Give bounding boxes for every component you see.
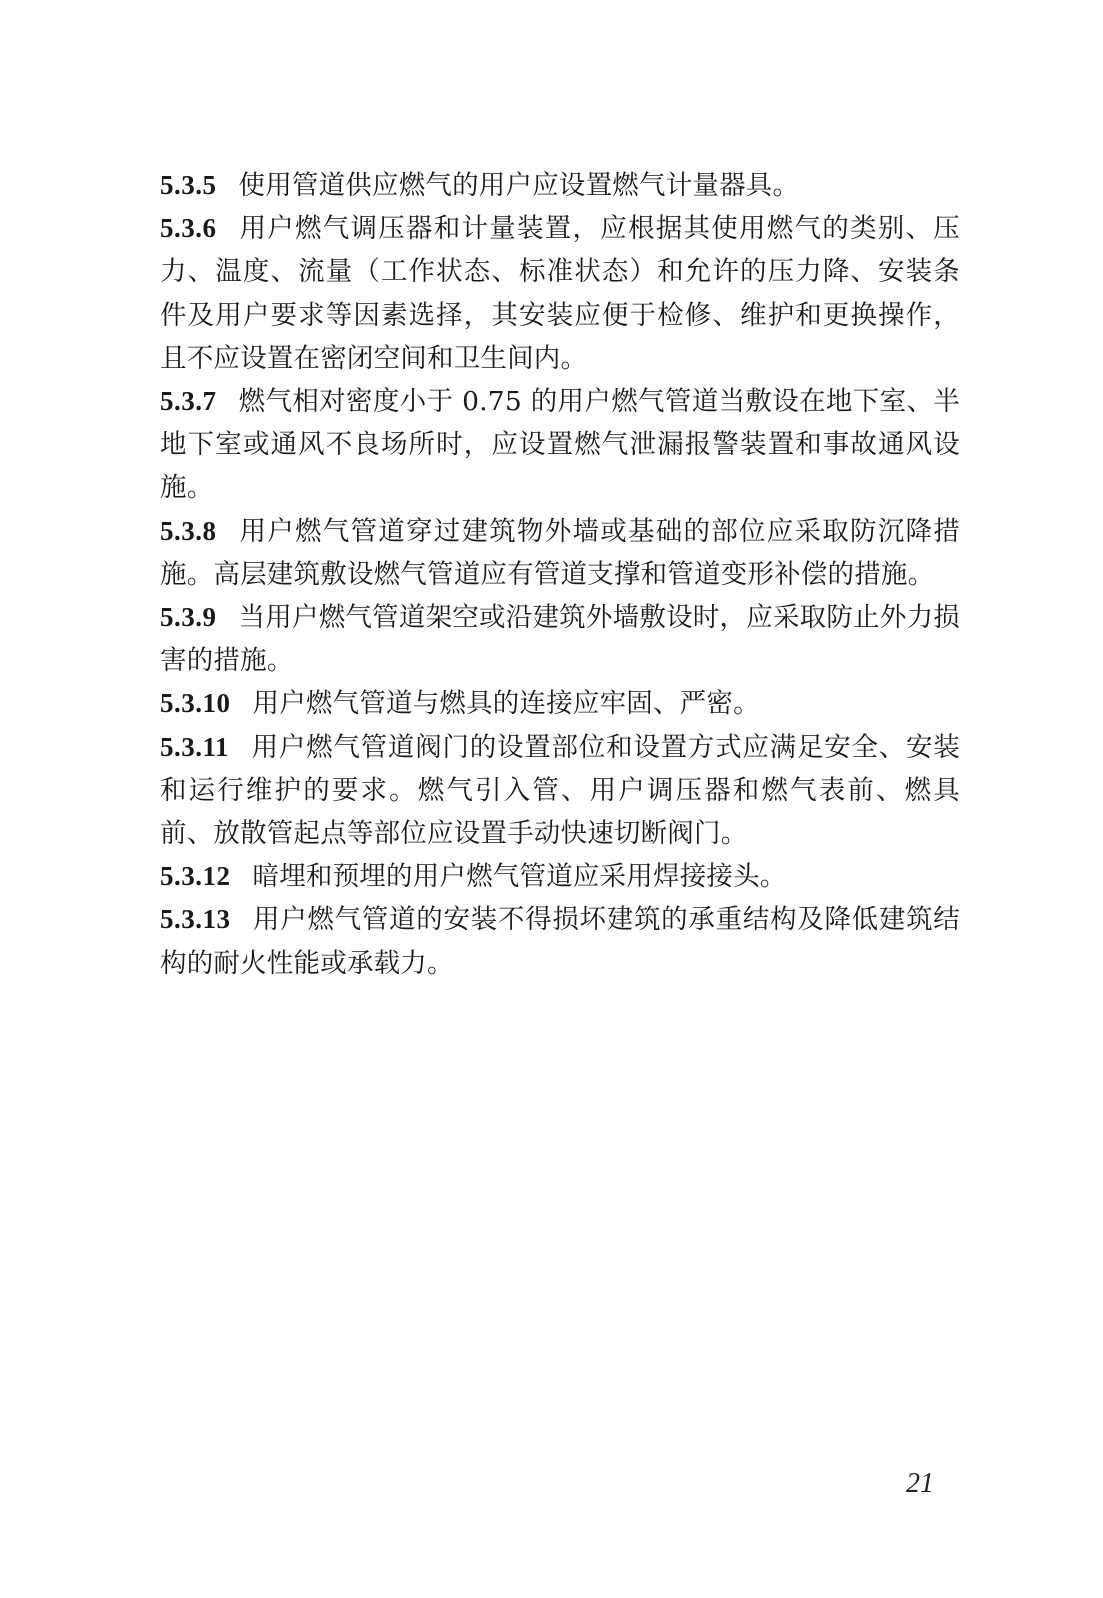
clause-text: 使用管道供应燃气的用户应设置燃气计量器具。 xyxy=(239,170,800,201)
clause-text: 当用户燃气管道架空或沿建筑外墙敷设时，应采取防止外力损害的措施。 xyxy=(160,602,960,676)
document-page: 5.3.5使用管道供应燃气的用户应设置燃气计量器具。 5.3.6用户燃气调压器和… xyxy=(0,0,1103,1598)
clause-number: 5.3.11 xyxy=(160,732,229,762)
clause-5-3-11: 5.3.11用户燃气管道阀门的设置部位和设置方式应满足安全、安装和运行维护的要求… xyxy=(160,726,960,856)
clause-text: 用户燃气管道阀门的设置部位和设置方式应满足安全、安装和运行维护的要求。燃气引入管… xyxy=(160,732,960,849)
clause-text: 燃气相对密度小于 0.75 的用户燃气管道当敷设在地下室、半地下室或通风不良场所… xyxy=(160,386,960,503)
clause-5-3-9: 5.3.9当用户燃气管道架空或沿建筑外墙敷设时，应采取防止外力损害的措施。 xyxy=(160,596,960,682)
clause-5-3-13: 5.3.13用户燃气管道的安装不得损坏建筑的承重结构及降低建筑结构的耐火性能或承… xyxy=(160,898,960,984)
clause-text: 暗埋和预埋的用户燃气管道应采用焊接接头。 xyxy=(253,861,787,892)
clause-number: 5.3.12 xyxy=(160,861,231,891)
clause-number: 5.3.8 xyxy=(160,516,217,546)
clause-5-3-6: 5.3.6用户燃气调压器和计量装置，应根据其使用燃气的类别、压力、温度、流量（工… xyxy=(160,207,960,380)
clause-number: 5.3.13 xyxy=(160,904,231,934)
clause-text: 用户燃气管道穿过建筑物外墙或基础的部位应采取防沉降措施。高层建筑敷设燃气管道应有… xyxy=(160,516,960,590)
page-number: 21 xyxy=(906,1468,934,1500)
clause-number: 5.3.10 xyxy=(160,688,231,718)
clause-list: 5.3.5使用管道供应燃气的用户应设置燃气计量器具。 5.3.6用户燃气调压器和… xyxy=(160,164,960,985)
clause-5-3-7: 5.3.7燃气相对密度小于 0.75 的用户燃气管道当敷设在地下室、半地下室或通… xyxy=(160,380,960,510)
clause-5-3-5: 5.3.5使用管道供应燃气的用户应设置燃气计量器具。 xyxy=(160,164,960,207)
clause-5-3-8: 5.3.8用户燃气管道穿过建筑物外墙或基础的部位应采取防沉降措施。高层建筑敷设燃… xyxy=(160,510,960,596)
clause-number: 5.3.5 xyxy=(160,170,217,200)
clause-5-3-12: 5.3.12暗埋和预埋的用户燃气管道应采用焊接接头。 xyxy=(160,855,960,898)
clause-number: 5.3.7 xyxy=(160,386,217,416)
clause-number: 5.3.9 xyxy=(160,602,217,632)
clause-text: 用户燃气调压器和计量装置，应根据其使用燃气的类别、压力、温度、流量（工作状态、标… xyxy=(160,213,960,374)
clause-text: 用户燃气管道与燃具的连接应牢固、严密。 xyxy=(253,688,760,719)
clause-text: 用户燃气管道的安装不得损坏建筑的承重结构及降低建筑结构的耐火性能或承载力。 xyxy=(160,904,960,978)
clause-5-3-10: 5.3.10用户燃气管道与燃具的连接应牢固、严密。 xyxy=(160,682,960,725)
clause-number: 5.3.6 xyxy=(160,213,217,243)
